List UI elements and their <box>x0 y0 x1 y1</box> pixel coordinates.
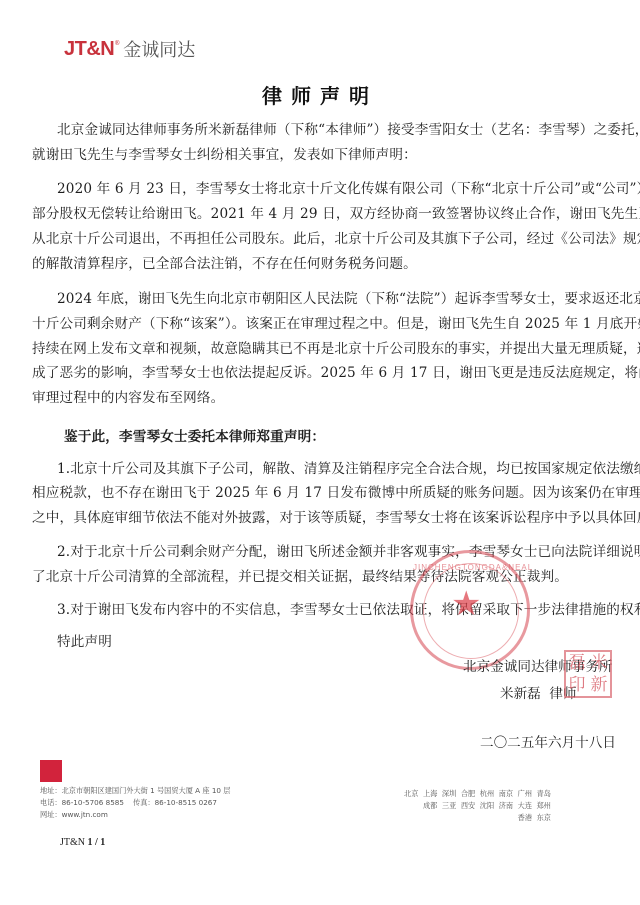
footer-brand-square <box>40 760 62 782</box>
star-icon: ★ <box>451 587 481 621</box>
para1-line-4: 的解散清算程序，已全部合法注销，不存在任何财务税务问题。 <box>32 255 417 273</box>
para2-line-1: 2024 年底，谢田飞先生向北京市朝阳区人民法院（下称“法院”）起诉李雪琴女士，… <box>57 290 640 308</box>
item3-line-1: 3.对于谢田飞发布内容中的不实信息，李雪琴女士已依法取证，将保留采取下一步法律措… <box>57 601 640 619</box>
para1-line-3: 从北京十斤公司退出，不再担任公司股东。此后，北京十斤公司及其旗下子公司，经过《公… <box>32 230 640 248</box>
footer-address: 地址：北京市朝阳区建国门外大街 1 号国贸大厦 A 座 10 层 <box>40 786 230 796</box>
para1-line-2: 部分股权无偿转让给谢田飞。2021 年 4 月 29 日，双方经协商一致签署协议… <box>32 205 640 223</box>
signature-date: 二〇二五年六月十八日 <box>480 734 616 752</box>
para2-line-5: 审理过程中的内容发布至网络。 <box>32 389 224 407</box>
footer-cities-row-1: 北京 上海 深圳 合肥 杭州 南京 广州 青岛 <box>404 789 551 799</box>
item1-line-3: 之中，具体庭审细节依法不能对外披露，对于该等质疑，李雪琴女士将在该案诉讼程序中予… <box>32 509 640 527</box>
official-seal-stamp: JINCHENGTONGDA&NEAL ★ <box>410 550 530 670</box>
seal-char: 磊 <box>566 652 588 674</box>
page-prefix: JT&N <box>60 837 88 848</box>
seal-char: 米 <box>588 652 610 674</box>
item1-line-2: 相应税款，也不存在谢田飞于 2025 年 6 月 17 日发布微博中所质疑的账务… <box>32 484 640 502</box>
para2-line-4: 成了恶劣的影响，李雪琴女士也依法提起反诉。2025 年 6 月 17 日，谢田飞… <box>32 364 640 382</box>
footer-cities-row-3: 香港 东京 <box>518 813 551 823</box>
seal-char: 新 <box>588 674 610 696</box>
intro-line-2: 就谢田飞先生与李雪琴女士纠纷相关事宜，发表如下律师声明： <box>32 146 417 164</box>
footer-website: 网址：www.jtn.com <box>40 810 108 820</box>
closing-text: 特此声明 <box>57 633 112 651</box>
personal-seal: 磊 米 印 新 <box>564 650 612 698</box>
logo-mark: JT&N <box>64 38 114 61</box>
registered-icon: ® <box>114 40 120 47</box>
footer-phone: 电话：86-10-5706 8585 传真：86-10-8515 0267 <box>40 798 217 808</box>
stamp-text: JINCHENGTONGDA&NEAL <box>413 563 527 572</box>
firm-logo: JT&N ® 金诚同达 <box>64 38 195 60</box>
item1-line-1: 1.北京十斤公司及其旗下子公司，解散、清算及注销程序完全合法合规，均已按国家规定… <box>57 460 640 478</box>
para1-line-1: 2020 年 6 月 23 日，李雪琴女士将北京十斤文化传媒有限公司（下称“北京… <box>57 180 640 198</box>
statement-intro: 鉴于此，李雪琴女士委托本律师郑重声明： <box>64 428 325 446</box>
intro-line-1: 北京金诚同达律师事务所米新磊律师（下称“本律师”）接受李雪阳女士（艺名：李雪琴）… <box>57 121 640 139</box>
page-count: 1 / 1 <box>88 837 106 848</box>
para2-line-2: 十斤公司剩余财产（下称“该案”）。该案正在审理过程之中。但是，谢田飞先生自 20… <box>32 315 640 333</box>
page-number: JT&N 1 / 1 <box>60 837 105 848</box>
item2-line-1: 2.对于北京十斤公司剩余财产分配，谢田飞所述金额并非客观事实，李雪琴女士已向法院… <box>57 543 640 561</box>
footer-cities-row-2: 成都 三亚 西安 沈阳 济南 大连 郑州 <box>423 801 551 811</box>
document-title: 律师声明 <box>0 80 640 109</box>
para2-line-3: 持续在网上发布文章和视频，故意隐瞒其已不再是北京十斤公司股东的事实，并提出大量无… <box>32 340 640 358</box>
seal-char: 印 <box>566 674 588 696</box>
logo-chinese-name: 金诚同达 <box>123 36 195 62</box>
